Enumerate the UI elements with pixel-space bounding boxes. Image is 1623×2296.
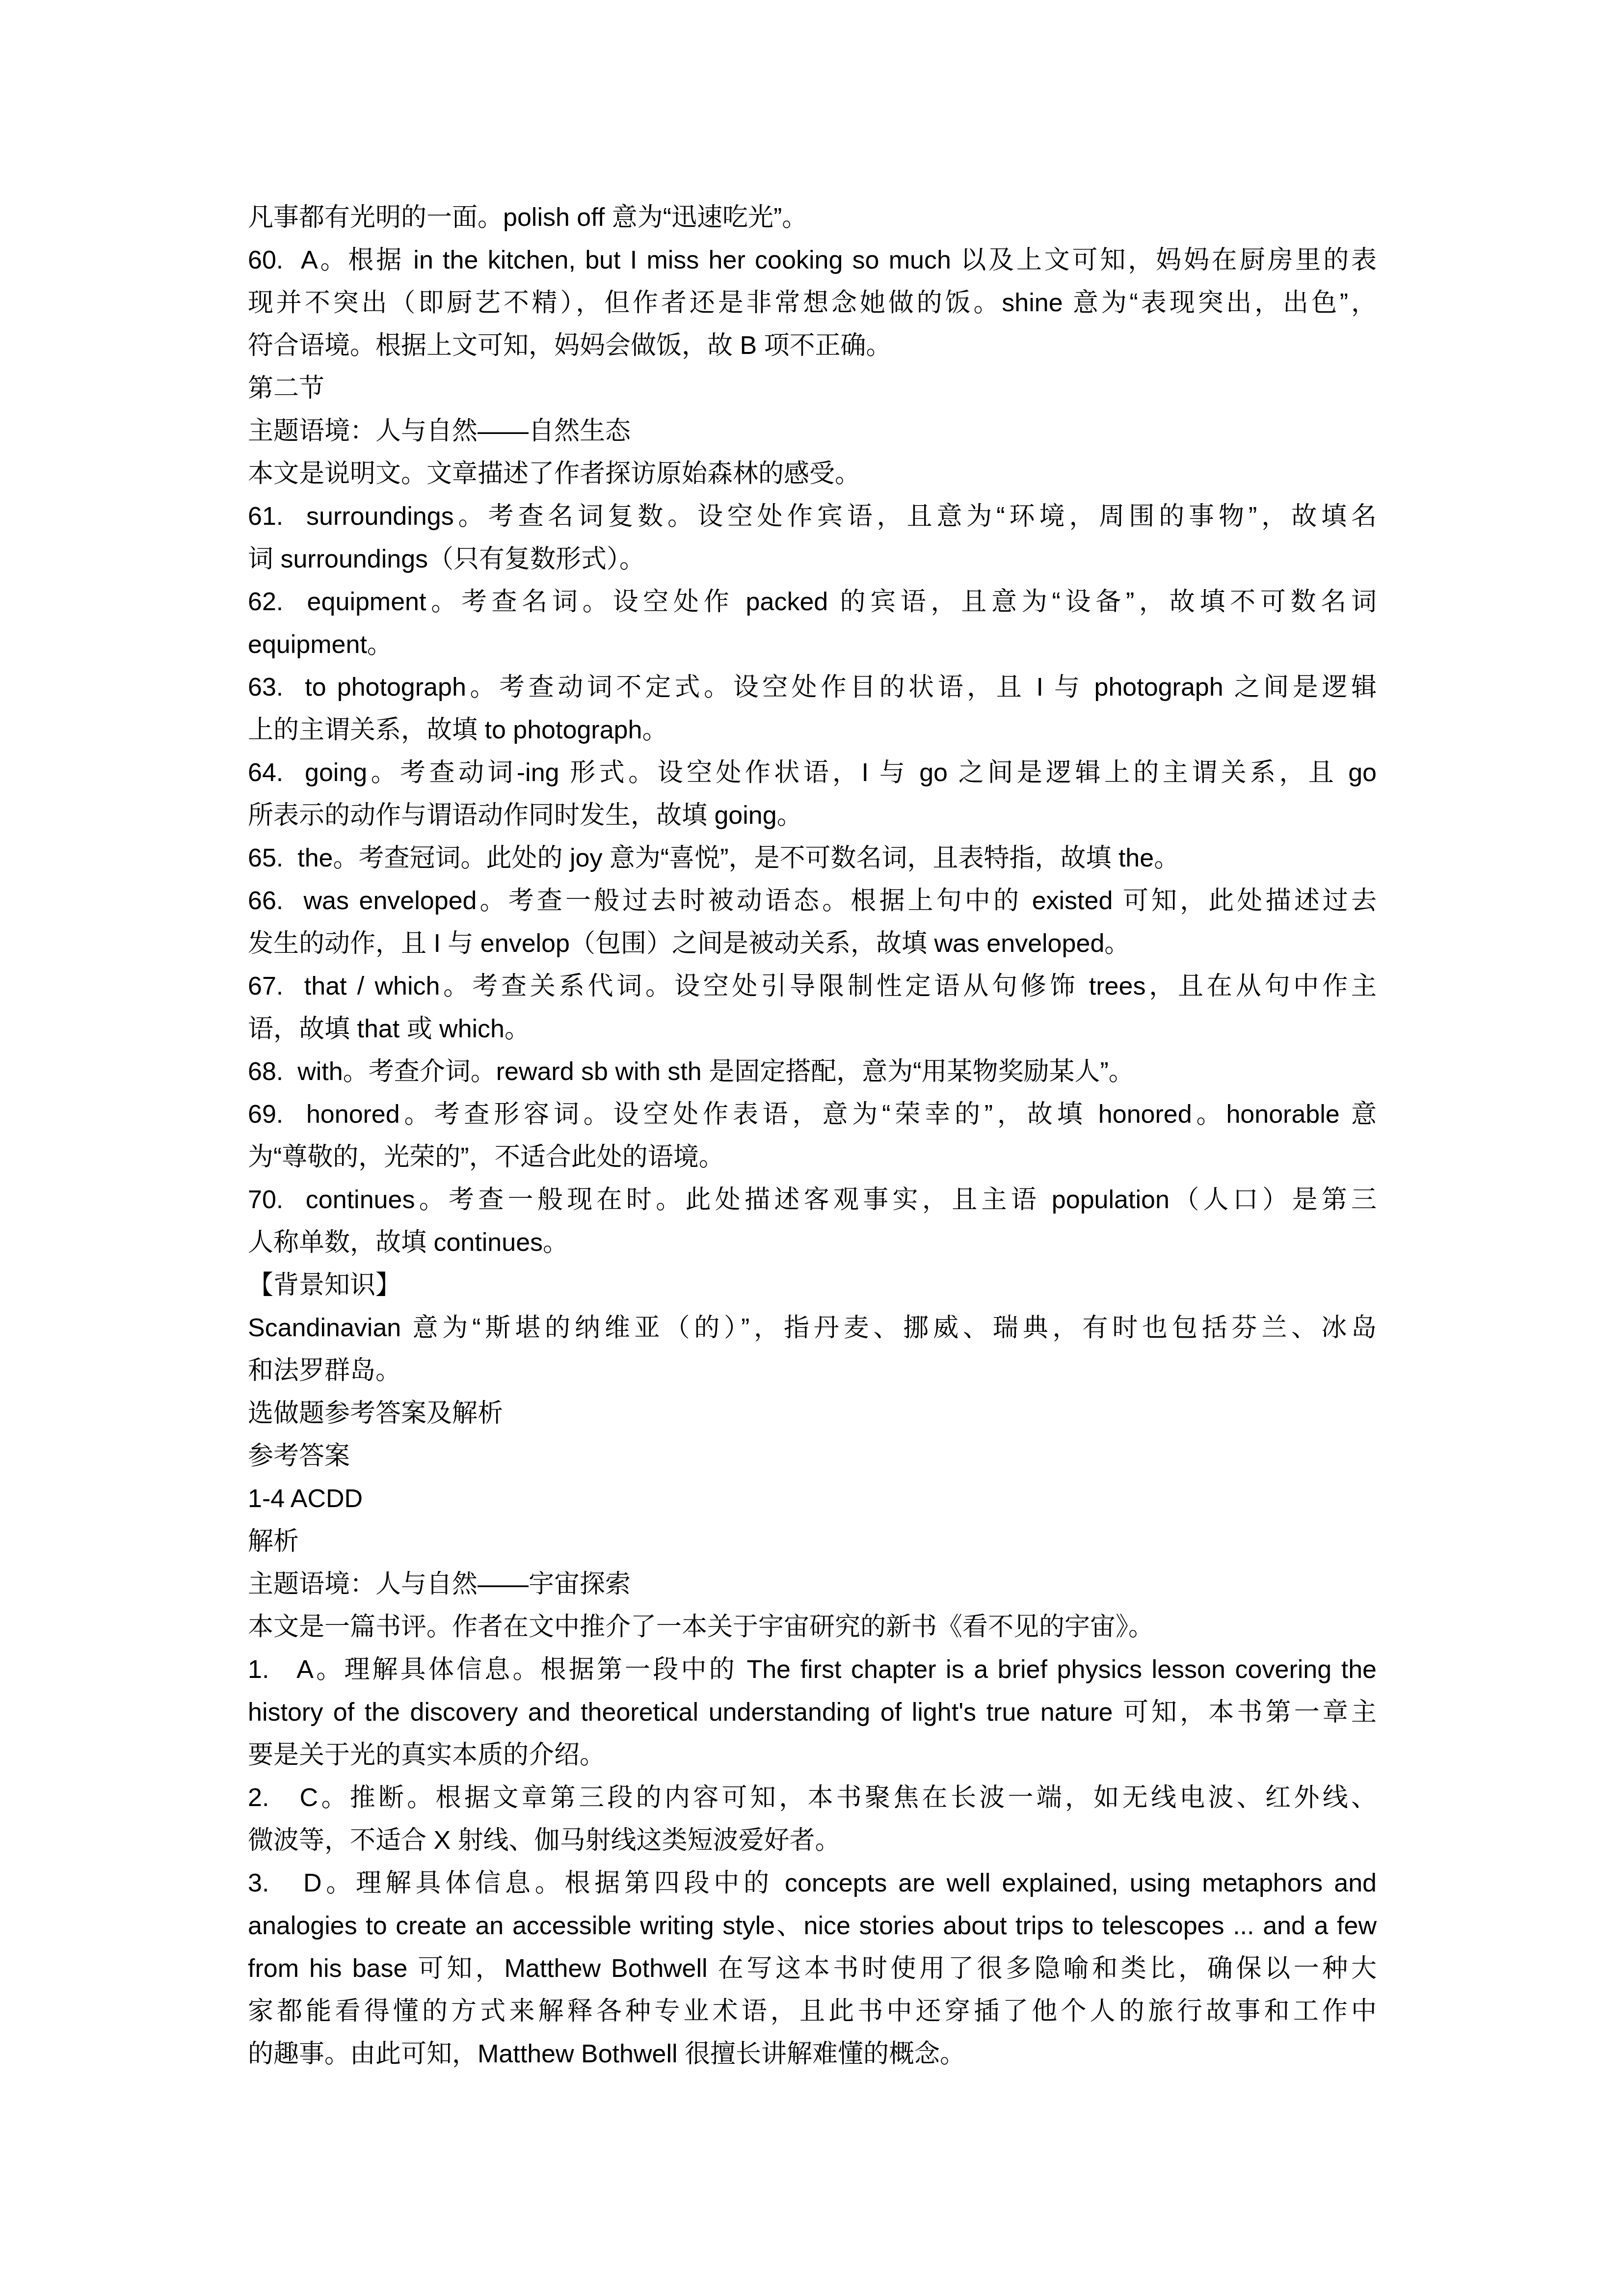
text-line: 家都能看得懂的方式来解释各种专业术语，且此书中还穿插了他个人的旅行故事和工作中 bbox=[248, 1990, 1377, 2033]
explanation-item-68: 68. with。考查介词。reward sb with sth 是固定搭配，意… bbox=[248, 1051, 1377, 1093]
explanation-item-67: 67. that / which。考查关系代词。设空处引导限制性定语从句修饰 t… bbox=[248, 965, 1377, 1008]
text-line: from his base 可知，Matthew Bothwell 在写这本书时… bbox=[248, 1947, 1377, 1990]
explanation-item-61: 61. surroundings。考查名词复数。设空处作宾语，且意为“环境，周围… bbox=[248, 495, 1377, 538]
text-line: 符合语境。根据上文可知，妈妈会做饭，故 B 项不正确。 bbox=[248, 324, 1377, 367]
theme-context-nature: 主题语境：人与自然——自然生态 bbox=[248, 410, 1377, 453]
explanation-item-60: 60. A。根据 in the kitchen, but I miss her … bbox=[248, 239, 1377, 282]
text-line: 凡事都有光明的一面。polish off 意为“迅速吃光”。 bbox=[248, 196, 1377, 239]
text-line: 所表示的动作与谓语动作同时发生，故填 going。 bbox=[248, 794, 1377, 837]
text-line: 语，故填 that 或 which。 bbox=[248, 1008, 1377, 1051]
optional-questions-answers-title: 选做题参考答案及解析 bbox=[248, 1392, 1377, 1435]
text-line: history of the discovery and theoretical… bbox=[248, 1691, 1377, 1734]
explanation-item-65: 65. the。考查冠词。此处的 joy 意为“喜悦”，是不可数名词，且表特指，… bbox=[248, 837, 1377, 880]
explanation-item-62: 62. equipment。考查名词。设空处作 packed 的宾语，且意为“设… bbox=[248, 581, 1377, 623]
text-line: equipment。 bbox=[248, 623, 1377, 666]
text-line: 要是关于光的真实本质的介绍。 bbox=[248, 1734, 1377, 1777]
text-line: 为“尊敬的，光荣的”，不适合此处的语境。 bbox=[248, 1136, 1377, 1179]
text-line: 人称单数，故填 continues。 bbox=[248, 1221, 1377, 1264]
text-line: 和法罗群岛。 bbox=[248, 1350, 1377, 1392]
explanation-item-70: 70. continues。考查一般现在时。此处描述客观事实，且主语 popul… bbox=[248, 1179, 1377, 1221]
explanation-item-1: 1. A。理解具体信息。根据第一段中的 The first chapter is… bbox=[248, 1648, 1377, 1691]
text-line: Scandinavian 意为“斯堪的纳维亚（的）”，指丹麦、挪威、瑞典，有时也… bbox=[248, 1307, 1377, 1350]
text-line: 微波等，不适合 X 射线、伽马射线这类短波爱好者。 bbox=[248, 1819, 1377, 1862]
passage-summary-forest: 本文是说明文。文章描述了作者探访原始森林的感受。 bbox=[248, 453, 1377, 495]
explanation-item-69: 69. honored。考查形容词。设空处作表语，意为“荣幸的”，故填 hono… bbox=[248, 1093, 1377, 1136]
explanation-item-3: 3. D。理解具体信息。根据第四段中的 concepts are well ex… bbox=[248, 1862, 1377, 1905]
explanation-item-63: 63. to photograph。考查动词不定式。设空处作目的状语，且 I 与… bbox=[248, 666, 1377, 709]
passage-summary-book-review: 本文是一篇书评。作者在文中推介了一本关于宇宙研究的新书《看不见的宇宙》。 bbox=[248, 1606, 1377, 1648]
answer-key-text-block: 凡事都有光明的一面。polish off 意为“迅速吃光”。 60. A。根据 … bbox=[248, 196, 1377, 2076]
section-2-heading: 第二节 bbox=[248, 367, 1377, 410]
explanation-item-2: 2. C。推断。根据文章第三段的内容可知，本书聚焦在长波一端，如无线电波、红外线… bbox=[248, 1777, 1377, 1819]
explanation-item-66: 66. was enveloped。考查一般过去时被动语态。根据上句中的 exi… bbox=[248, 880, 1377, 922]
answer-key-line: 1-4 ACDD bbox=[248, 1478, 1377, 1520]
text-line: 上的主谓关系，故填 to photograph。 bbox=[248, 709, 1377, 752]
text-line: 现并不突出（即厨艺不精），但作者还是非常想念她做的饭。shine 意为“表现突出… bbox=[248, 282, 1377, 324]
text-line: 词 surroundings（只有复数形式）。 bbox=[248, 538, 1377, 581]
text-line: 的趣事。由此可知，Matthew Bothwell 很擅长讲解难懂的概念。 bbox=[248, 2033, 1377, 2076]
document-page: 凡事都有光明的一面。polish off 意为“迅速吃光”。 60. A。根据 … bbox=[0, 0, 1623, 2296]
background-knowledge-heading: 【背景知识】 bbox=[248, 1264, 1377, 1307]
explanation-item-64: 64. going。考查动词-ing 形式。设空处作状语，I 与 go 之间是逻… bbox=[248, 752, 1377, 794]
text-line: 发生的动作，且 I 与 envelop（包围）之间是被动关系，故填 was en… bbox=[248, 922, 1377, 965]
reference-answers-heading: 参考答案 bbox=[248, 1435, 1377, 1478]
analysis-heading: 解析 bbox=[248, 1520, 1377, 1563]
theme-context-space: 主题语境：人与自然——宇宙探索 bbox=[248, 1563, 1377, 1606]
text-line: analogies to create an accessible writin… bbox=[248, 1905, 1377, 1947]
